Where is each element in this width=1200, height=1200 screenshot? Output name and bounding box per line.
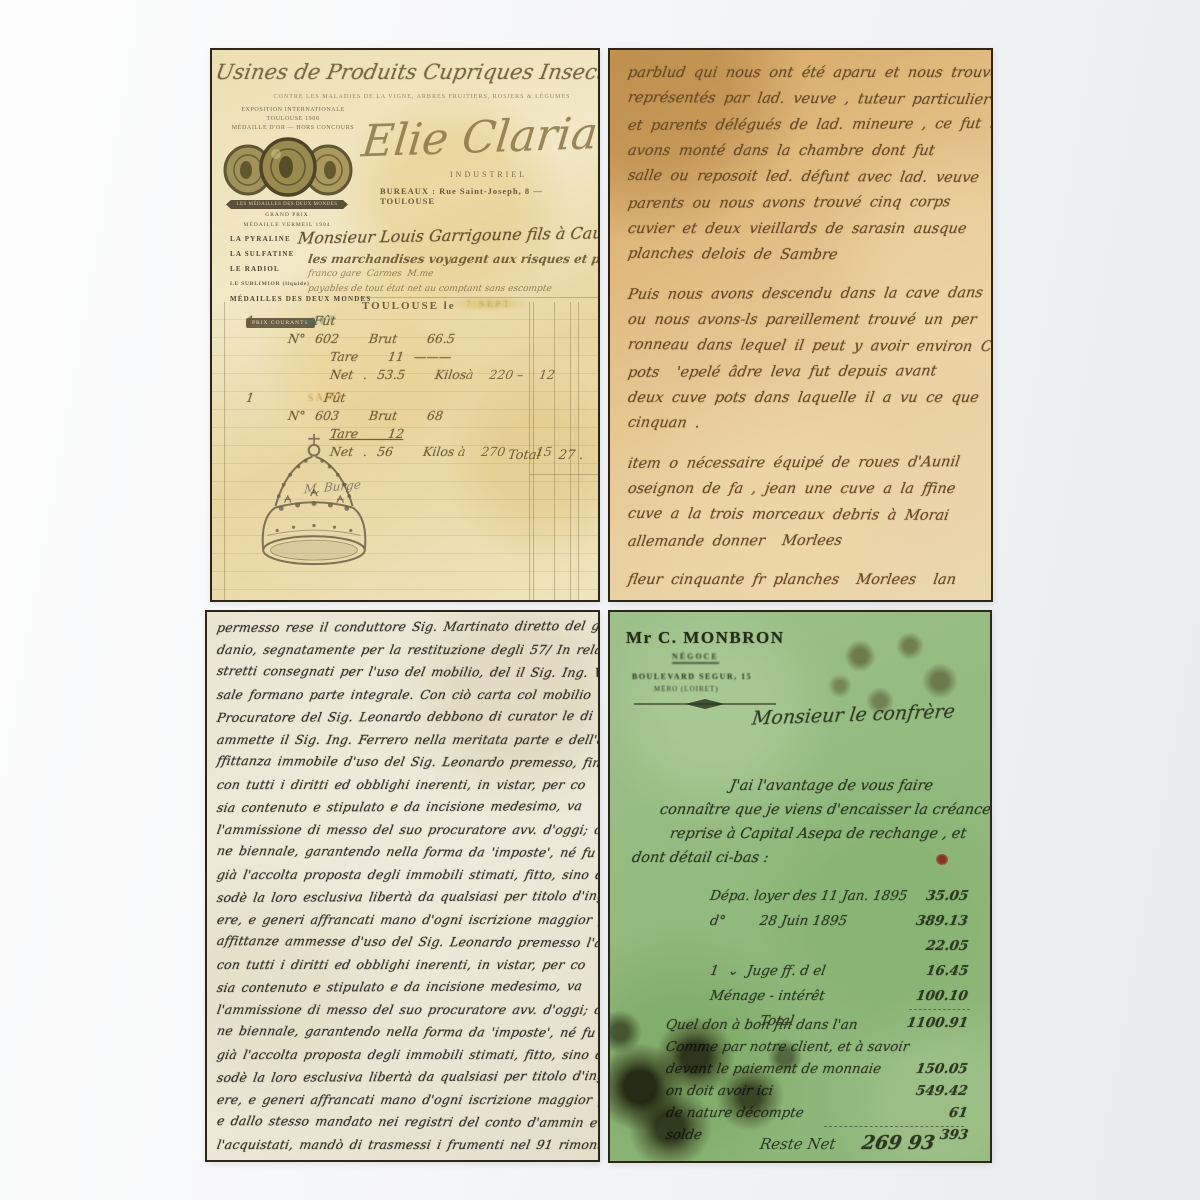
- invoice-script-header: Usines de Produits Cupriques Insecticide…: [214, 60, 600, 84]
- medals-illustration: [218, 136, 358, 202]
- ribbon-captions: GRAND PRIXMÉDAILLE VERMEIL 1904: [226, 211, 348, 229]
- invoice-tagline: CONTRE LES MALADIES DE LA VIGNE, ARBRES …: [272, 94, 572, 100]
- invoice-row-price: [457, 312, 538, 330]
- paper-handwritten-letter: parblud qui nous ont été aparu et nous t…: [608, 48, 993, 602]
- receipt-address-line2: MÉRO (LOIRET): [654, 685, 719, 693]
- handwriting-line: l'ammissione di messo del suo procurator…: [215, 819, 598, 842]
- handwriting-line: danio, segnatamente per la restituzione …: [215, 639, 598, 662]
- handwriting-line: sia contenuto e stipulato e da incisione…: [215, 795, 598, 820]
- footer-amount: 61: [947, 1102, 969, 1124]
- invoice-row-amount: [535, 330, 572, 348]
- invoice-row-text: Net . 53.5 Kilos: [211, 366, 468, 384]
- handwriting-line: dont détail ci-bas :: [630, 846, 982, 870]
- invoice-row-price: [457, 348, 538, 366]
- invoice-row-amount: [535, 312, 572, 330]
- invoice-row-amount: [535, 389, 572, 407]
- award-line: TOULOUSE 1908: [218, 115, 368, 124]
- invoice-row: 1 Fût: [212, 389, 570, 407]
- brand-title: INDUSTRIEL: [450, 170, 527, 179]
- account-row: Dépa. loyer des 11 Jan. 1895 35.05: [610, 884, 968, 909]
- handwriting-line: ne biennale, garantendo nella forma da '…: [215, 840, 598, 864]
- award-line: MÉDAILLE D'OR — HORS CONCOURS: [218, 124, 368, 133]
- handwriting-line: salle ou reposoit led. défunt avec lad. …: [626, 163, 987, 191]
- letter-lines: parblud qui nous ont été aparu et nous t…: [628, 60, 985, 593]
- receipt-printed-name: Mr C. MONBRON: [626, 628, 784, 648]
- invoice-row-price: [457, 330, 538, 348]
- terms-lines: les marchandises voyagent aux risques et…: [308, 252, 600, 297]
- paper-deed-manuscript: permesso rese il conduttore Sig. Martina…: [205, 610, 600, 1162]
- handwriting-line: ronneau dans lequel il peut y avoir envi…: [626, 332, 987, 360]
- award-line: EXPOSITION INTERNATIONALE: [218, 106, 368, 115]
- handwriting-line: con tutti i diritti ed obblighi inerenti…: [215, 774, 598, 797]
- handwriting-line: fleur cinquante fr planches Morlees lan: [626, 567, 987, 593]
- invoice-row-price: à 220 –: [465, 366, 540, 384]
- handwriting-line: ne biennale, garantendo nella forma da '…: [215, 1020, 598, 1044]
- account-amount: 100.10: [914, 984, 970, 1009]
- handwriting-line: Procuratore del Sig. Leonardo debbono di…: [215, 705, 598, 730]
- invoice-row-price: [457, 389, 538, 407]
- footer-amount: 549.42: [915, 1080, 970, 1102]
- handwriting-line: ou nous avons-ls pareillement trouvé un …: [626, 307, 987, 333]
- bureaux-line: BUREAUX : Rue Saint-Joseph, 8 — TOULOUSE: [380, 186, 598, 206]
- account-amount: 389.13: [914, 909, 970, 934]
- ink-stains: [608, 937, 860, 1163]
- addressee-script: Monsieur Louis Garrigoune fils à Cau: [297, 223, 600, 247]
- handwriting-line: con tutti i diritti ed obblighi inerenti…: [215, 954, 598, 977]
- deed-lines: permesso rese il conduttore Sig. Martina…: [217, 616, 596, 1156]
- handwriting-line: deux cuve pots dans laquelle il a vu ce …: [626, 385, 987, 411]
- handwriting-line: oseignon de fa , jean une cuve a la ffin…: [626, 476, 987, 502]
- reste-value: 269 93: [860, 1132, 936, 1154]
- account-amount: 22.05: [924, 934, 970, 959]
- handwriting-line: l'acquistati, mandò di trasmessi i frume…: [215, 1134, 598, 1157]
- handwriting-line: parblud qui nous ont été aparu et nous t…: [626, 60, 987, 86]
- invoice-row: Net . 53.5 Kilos à 220 – 12: [212, 366, 570, 384]
- account-text: Dépa. loyer des 11 Jan. 1895: [708, 884, 909, 909]
- account-amount: 35.05: [924, 884, 970, 909]
- invoice-row-price: [457, 407, 538, 425]
- photo-backdrop: { "palette":{ "backdrop_left":"#fdfdfd",…: [0, 0, 1200, 1200]
- terms-line: payables de tout état net au comptant sa…: [307, 282, 600, 297]
- handwriting-line: cuvier et deux vieillards de sarasin aus…: [626, 216, 987, 242]
- handwriting-line: l'ammissione di messo del suo procurator…: [215, 999, 598, 1022]
- terms-line: les marchandises voyagent aux risques et…: [307, 252, 600, 267]
- date-stamp: 7 SEPT: [444, 296, 534, 312]
- handwriting-line: già l'accolta proposta degli immobili st…: [215, 1044, 598, 1067]
- handwriting-line: représentés par lad. veuve , tuteur part…: [626, 85, 987, 113]
- invoice-row: 1 Fût: [212, 312, 570, 330]
- handwriting-line: cuve a la trois morceaux debris à Morai: [626, 501, 987, 529]
- handwriting-line: ammette il Sig. Ing. Ferrero nella merit…: [215, 729, 598, 752]
- handwriting-line: e dallo stesso mandato nei registri del …: [215, 1110, 598, 1134]
- dateline: TOULOUSE le: [362, 300, 456, 312]
- total-rule: [529, 474, 598, 475]
- handwriting-line: già l'accolta proposta degli immobili st…: [215, 864, 598, 887]
- total-value: 27 .: [558, 448, 585, 463]
- handwriting-line: connaître que je viens d'encaisser la cr…: [630, 798, 982, 822]
- account-text: d° 28 Juin 1895: [708, 909, 849, 934]
- footer-amount: 393: [938, 1124, 970, 1146]
- receipt-printed-subtitle: NÉGOCE: [672, 652, 719, 664]
- invoice-awards: EXPOSITION INTERNATIONALETOULOUSE 1908MÉ…: [218, 106, 368, 133]
- handwriting-line: J'ai l'avantage de vous faire: [630, 774, 982, 798]
- invoice-row-price: [457, 425, 538, 443]
- handwriting-line: sodè la loro esclusiva libertà da qualsi…: [215, 885, 598, 910]
- invoice-total: Total 27 .: [507, 448, 585, 463]
- handwriting-line: ere, e generi affrancati mano d'ogni isc…: [215, 909, 598, 932]
- invoice-row: N° 602 Brut 66.5: [212, 330, 570, 348]
- receipt-address-line1: BOULEVARD SEGUR, 15: [632, 672, 752, 681]
- handwriting-line: pots 'epelé âdre leva fut depuis avant: [626, 358, 987, 386]
- paper-invoice-elie-claria: Usines de Produits Cupriques Insecticide…: [210, 48, 600, 602]
- account-row: d° 28 Juin 1895 389.13: [610, 909, 968, 934]
- invoice-row: Tare 11 ———: [212, 348, 570, 366]
- receipt-body: J'ai l'avantage de vous faireconnaître q…: [632, 774, 980, 870]
- handwriting-line: sodè la loro esclusiva libertà da qualsi…: [215, 1065, 598, 1090]
- red-wax-spot: [936, 854, 948, 865]
- handwriting-line: et parents délégués de lad. mineure , ce…: [626, 111, 987, 139]
- invoice-row-amount: [535, 348, 572, 366]
- paper-green-receipt: Mr C. MONBRON NÉGOCE BOULEVARD SEGUR, 15…: [608, 610, 992, 1163]
- footer-amount: 150.05: [915, 1058, 970, 1080]
- invoice-row-amount: 12: [537, 366, 571, 384]
- handwriting-line: sia contenuto e stipulato e da incisione…: [215, 975, 598, 1000]
- medals-ribbon: LES MÉDAILLES DES DEUX MONDES GRAND PRIX…: [226, 200, 348, 229]
- brand-name-script: Elie Claria: [359, 108, 600, 168]
- total-label: Total: [507, 448, 542, 463]
- handwriting-line: ere, e generi affrancati mano d'ogni isc…: [215, 1089, 598, 1112]
- handwriting-line: planches delois de Sambre: [626, 241, 987, 269]
- invoice-row-amount: [535, 407, 572, 425]
- handwriting-line: affittanze ammesse d'uso del Sig. Leonar…: [215, 930, 598, 954]
- ribbon-caption-line: GRAND PRIX: [226, 211, 348, 219]
- handwriting-line: ffittanza immobile d'uso del Sig. Leonar…: [215, 750, 598, 774]
- ribbon-text: LES MÉDAILLES DES DEUX MONDES: [226, 200, 348, 209]
- handwriting-line: reprise à Capital Asepa de rechange , et: [630, 822, 982, 846]
- handwriting-line: stretti consegnati per l'uso del mobilio…: [215, 660, 598, 684]
- invoice-row-text: Tare 11 ———: [211, 348, 460, 366]
- invoice-row-text: N° 602 Brut 66.5: [211, 330, 460, 348]
- account-amount: 16.45: [924, 959, 970, 984]
- handwriting-line: Puis nous avons descendu dans la cave da…: [626, 280, 987, 308]
- foxing-speckles: [820, 626, 970, 746]
- handwriting-line: sale formano parte integrale. Con ciò ca…: [215, 684, 598, 707]
- terms-line: franco gare Carmes M.me: [307, 267, 600, 282]
- handwriting-line: cinquan .: [626, 410, 987, 438]
- handwriting-line: permesso rese il conduttore Sig. Martina…: [215, 615, 598, 640]
- invoice-row-amount: [535, 425, 572, 443]
- footer-amount: [966, 1036, 969, 1058]
- handwriting-line: parents ou nous avons trouvé cinq corps: [626, 189, 987, 217]
- handwriting-line: allemande donner Morlees: [626, 527, 987, 555]
- handwriting-line: item o nécessaire équipé de roues d'Auni…: [626, 449, 987, 477]
- crown-illustration: [228, 420, 400, 582]
- handwriting-line: avons monté dans la chambre dont fut: [626, 138, 987, 164]
